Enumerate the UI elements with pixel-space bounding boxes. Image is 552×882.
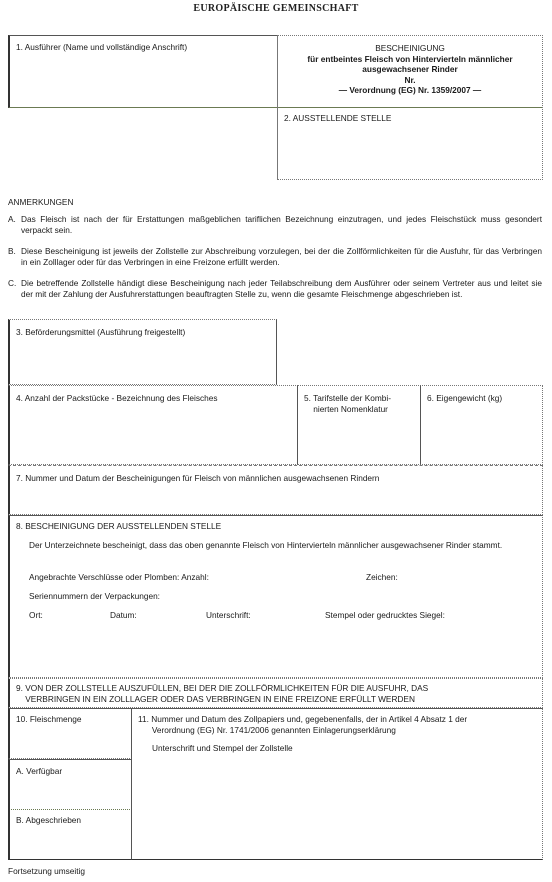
- box-a-available[interactable]: A. Verfügbar: [8, 759, 132, 810]
- note-c: C. Die betreffende Zollstelle händigt di…: [8, 278, 542, 300]
- certificate-subtitle: für entbeintes Fleisch von Hinterviertel…: [278, 54, 542, 65]
- box-9-label: 9. VON DER ZOLLSTELLE AUSZUFÜLLEN, BEI D…: [16, 683, 428, 705]
- certificate-number: Nr.: [278, 75, 542, 86]
- box-1-label: 1. Ausführer (Name und vollständige Ansc…: [16, 42, 187, 53]
- box-3-transport[interactable]: 3. Beförderungsmittel (Ausführung freige…: [8, 319, 277, 385]
- stamp-label: Stempel oder gedrucktes Siegel:: [325, 610, 445, 621]
- box-6-label: 6. Eigengewicht (kg): [427, 393, 502, 404]
- date-label: Datum:: [110, 610, 137, 621]
- marks-label: Zeichen:: [366, 572, 398, 583]
- certificate-title: BESCHEINIGUNG: [278, 43, 542, 54]
- box-7-label: 7. Nummer und Datum der Bescheinigungen …: [16, 473, 379, 484]
- box-6-net-weight[interactable]: 6. Eigengewicht (kg): [420, 385, 543, 465]
- certificate-regulation: — Verordnung (EG) Nr. 1359/2007 —: [278, 85, 542, 96]
- box-7-certificates[interactable]: 7. Nummer und Datum der Bescheinigungen …: [8, 465, 543, 515]
- box-2-issuing-authority[interactable]: 2. AUSSTELLENDE STELLE: [277, 107, 543, 180]
- box-8-statement: Der Unterzeichnete bescheinigt, dass das…: [29, 540, 534, 551]
- serials-label: Seriennummern der Verpackungen:: [29, 591, 160, 602]
- box-b-written-off[interactable]: B. Abgeschrieben: [8, 809, 132, 860]
- box-10-meat-quantity[interactable]: 10. Fleischmenge: [8, 708, 132, 759]
- box-a-label: A. Verfügbar: [16, 766, 62, 777]
- box-11-title: 11. Nummer und Datum des Zollpapiers und…: [138, 714, 467, 736]
- box-1-exporter[interactable]: 1. Ausführer (Name und vollständige Ansc…: [8, 35, 278, 108]
- box-5-label: 5. Tarifstelle der Kombi- nierten Nomenk…: [304, 393, 391, 415]
- note-a: A. Das Fleisch ist nach der für Erstattu…: [8, 214, 542, 236]
- certificate-heading: BESCHEINIGUNG für entbeintes Fleisch von…: [277, 35, 543, 108]
- certificate-subtitle-2: ausgewachsener Rinder: [278, 64, 542, 75]
- note-b: B. Diese Bescheinigung ist jeweils der Z…: [8, 246, 542, 268]
- page-title: EUROPÄISCHE GEMEINSCHAFT: [0, 3, 552, 14]
- box-10-label: 10. Fleischmenge: [16, 714, 82, 725]
- box-11-signature: Unterschrift und Stempel der Zollstelle: [152, 743, 293, 754]
- box-b-label: B. Abgeschrieben: [16, 815, 81, 826]
- box-9-customs-section: 9. VON DER ZOLLSTELLE AUSZUFÜLLEN, BEI D…: [8, 678, 543, 708]
- notes-heading: ANMERKUNGEN: [8, 197, 73, 208]
- box-5-tariff[interactable]: 5. Tarifstelle der Kombi- nierten Nomenk…: [297, 385, 421, 465]
- box-8-title: 8. BESCHEINIGUNG DER AUSSTELLENDEN STELL…: [16, 521, 221, 532]
- box-11-customs-document[interactable]: 11. Nummer und Datum des Zollpapiers und…: [131, 708, 543, 860]
- footer-continued: Fortsetzung umseitig: [8, 866, 85, 877]
- box-2-label: 2. AUSSTELLENDE STELLE: [284, 113, 391, 124]
- box-3-label: 3. Beförderungsmittel (Ausführung freige…: [16, 327, 185, 338]
- seals-label: Angebrachte Verschlüsse oder Plomben: An…: [29, 572, 209, 583]
- box-4-label: 4. Anzahl der Packstücke - Bezeichnung d…: [16, 393, 218, 404]
- box-8-issuing-certification[interactable]: 8. BESCHEINIGUNG DER AUSSTELLENDEN STELL…: [8, 515, 543, 678]
- box-4-packages[interactable]: 4. Anzahl der Packstücke - Bezeichnung d…: [8, 385, 298, 465]
- signature-label: Unterschrift:: [206, 610, 251, 621]
- place-label: Ort:: [29, 610, 43, 621]
